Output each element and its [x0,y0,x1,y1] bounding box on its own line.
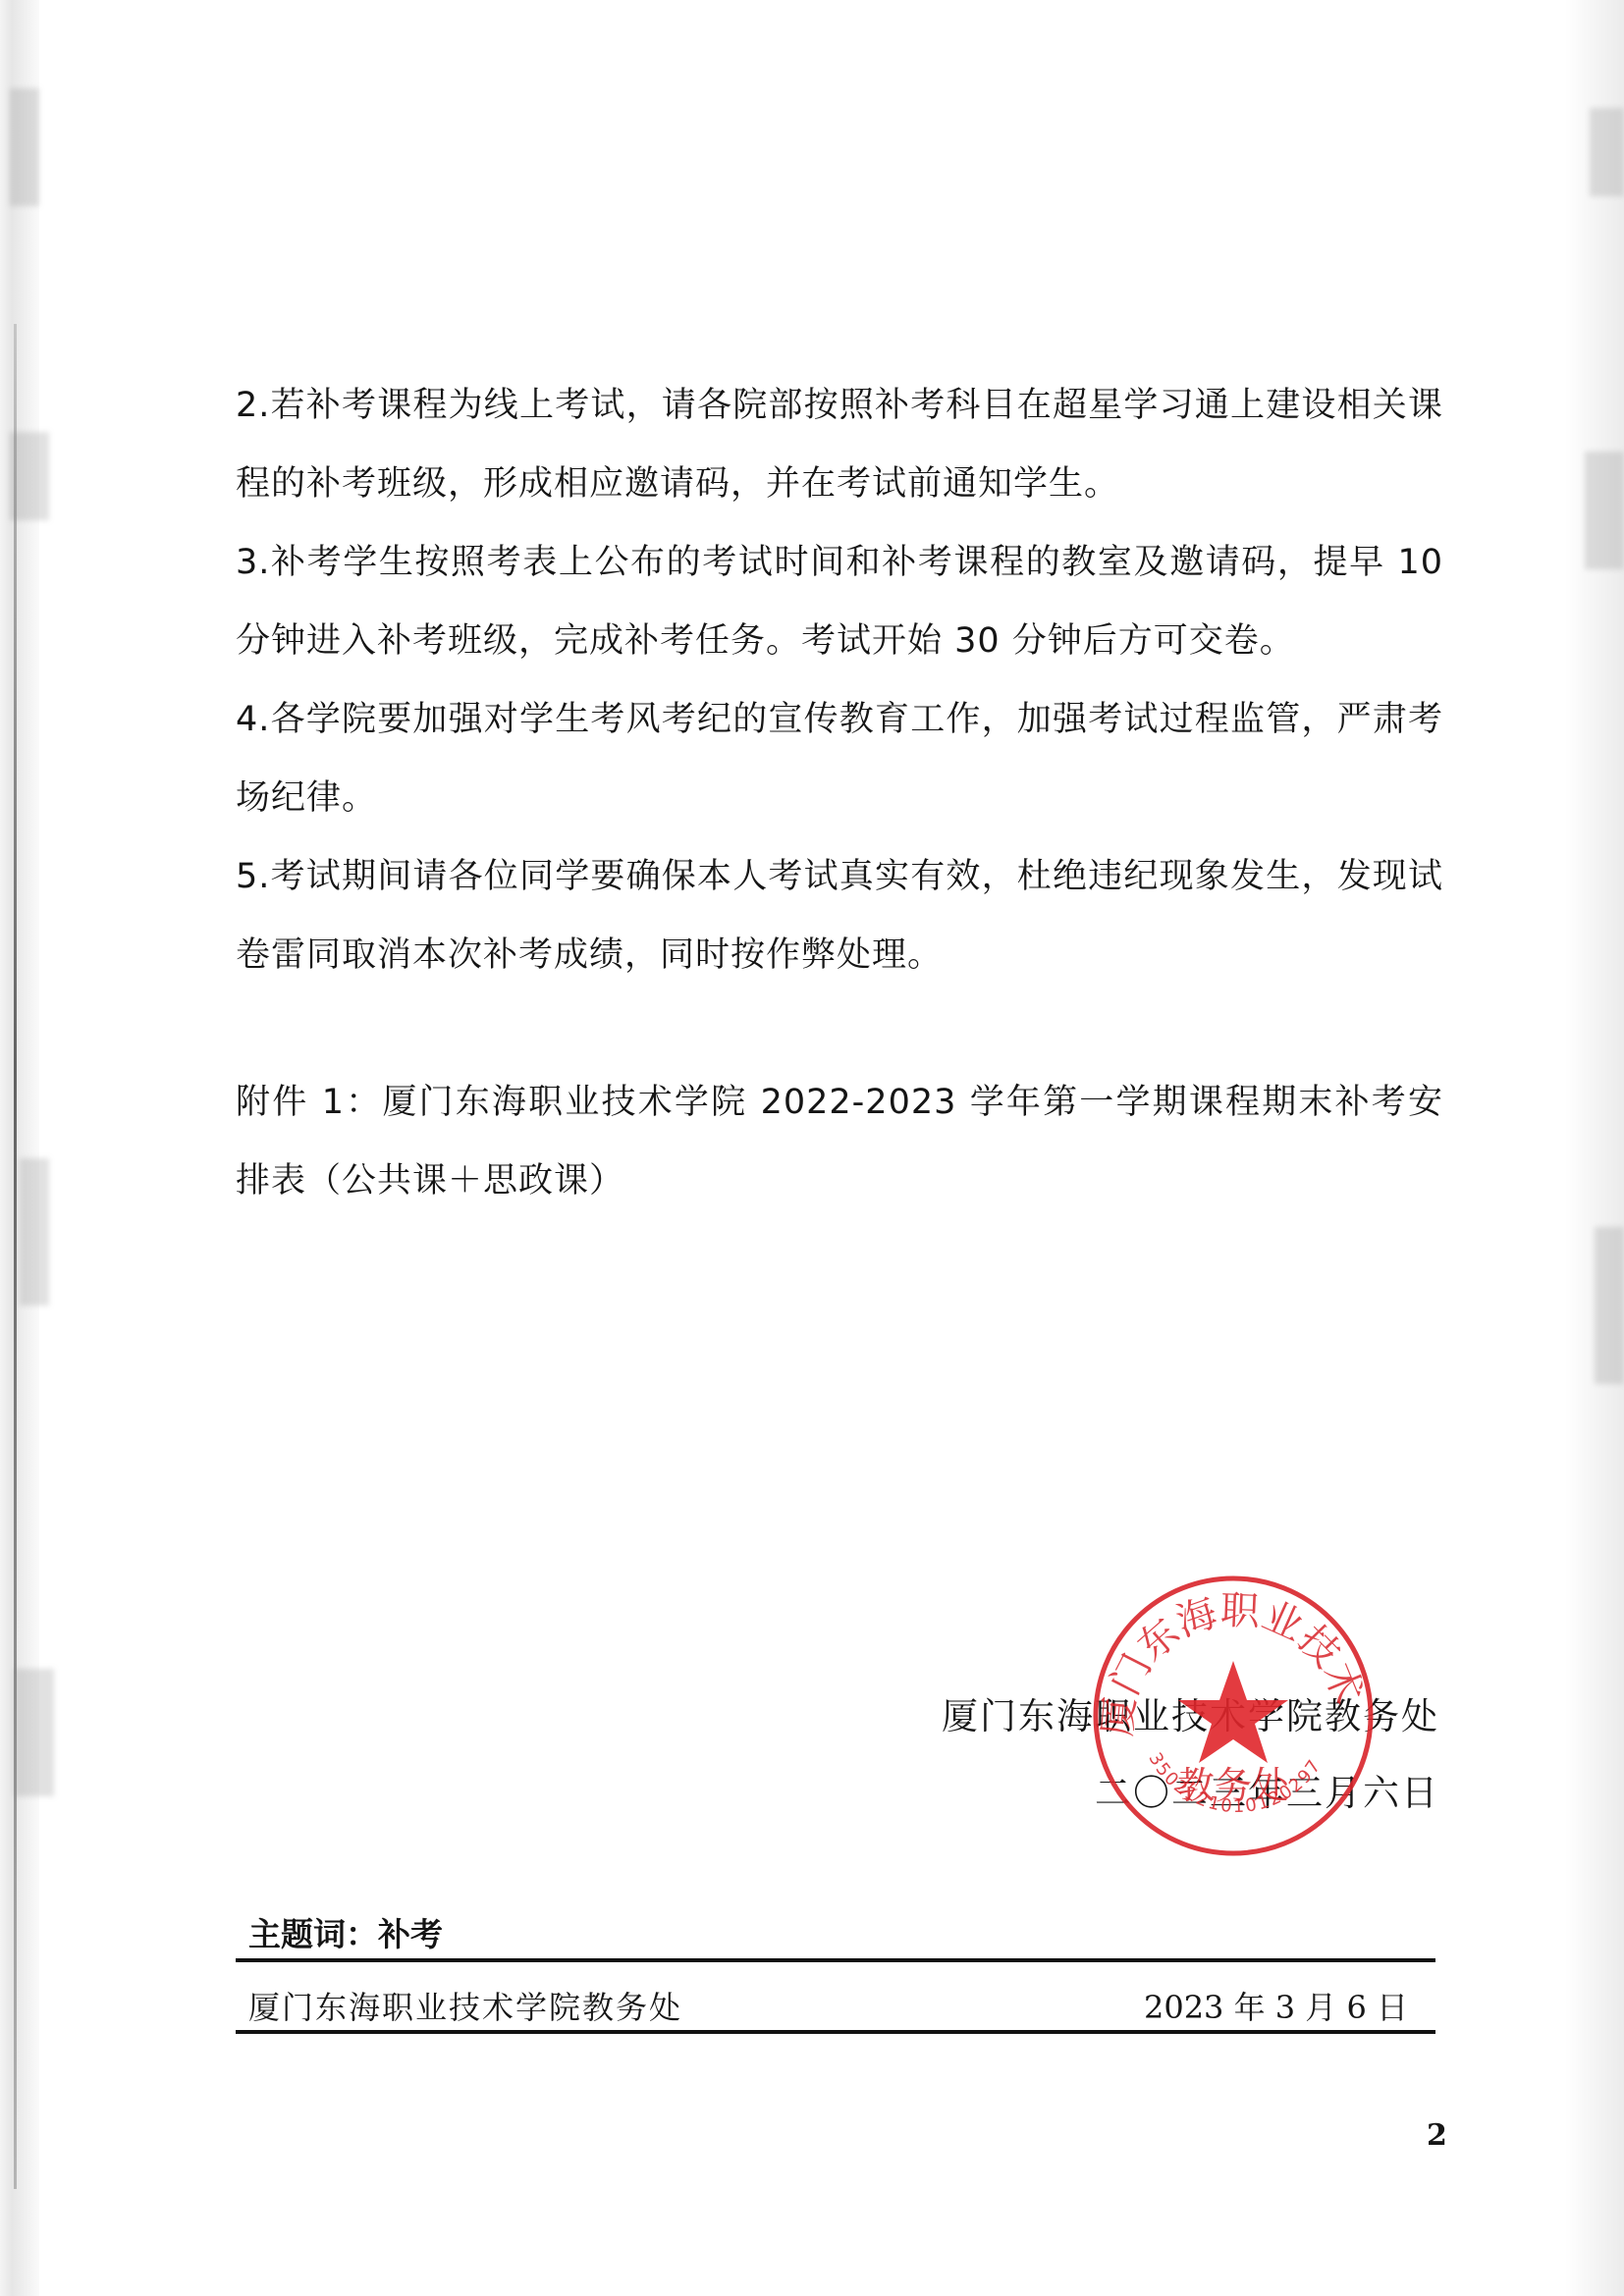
attachment-text: 附件 1：厦门东海职业技术学院 2022-2023 学年第一学期课程期末补考安排… [236,1063,1443,1220]
footer-rule-top [236,1958,1435,1962]
star-icon [1178,1661,1288,1763]
keyword-label: 主题词：补考 [248,1909,443,1955]
item-text: 考试期间请各位同学要确保本人考试真实有效，杜绝违纪现象发生，发现试卷雷同取消本次… [236,857,1443,975]
item-2: 2.若补考课程为线上考试，请各院部按照补考科目在超星学习通上建设相关课程的补考班… [236,366,1443,523]
item-5: 5.考试期间请各位同学要确保本人考试真实有效，杜绝违纪现象发生，发现试卷雷同取消… [236,837,1443,994]
page-number: 2 [1427,2118,1447,2153]
scan-edge-right [1565,0,1624,2296]
item-text: 补考学生按照考表上公布的考试时间和补考课程的教室及邀请码，提早 10 分钟进入补… [236,543,1443,661]
scan-smudge [1590,108,1624,196]
item-number: 2. [236,386,270,425]
attachment-note: 附件 1：厦门东海职业技术学院 2022-2023 学年第一学期课程期末补考安排… [236,1063,1443,1220]
item-number: 5. [236,857,270,896]
item-4: 4.各学院要加强对学生考风考纪的宣传教育工作，加强考试过程监管，严肃考场纪律。 [236,680,1443,837]
scan-smudge [1585,452,1624,569]
seal-icon: 厦门东海职业技术学院 教务处 3502121010120297 [1088,1571,1379,1861]
item-number: 3. [236,543,270,582]
scan-edge-line [14,324,17,2189]
footer-issuer: 厦门东海职业技术学院教务处 [248,1983,682,2028]
scan-smudge [1595,1227,1624,1384]
item-text: 各学院要加强对学生考风考纪的宣传教育工作，加强考试过程监管，严肃考场纪律。 [236,700,1443,818]
footer-rule-bottom [236,2030,1435,2034]
scan-smudge [20,1158,49,1306]
scan-smudge [10,432,49,520]
item-text: 若补考课程为线上考试，请各院部按照补考科目在超星学习通上建设相关课程的补考班级，… [236,386,1443,504]
scan-edge-left [0,0,39,2296]
footer-date: 2023 年 3 月 6 日 [1144,1983,1408,2028]
scan-smudge [10,88,39,206]
scan-smudge [15,1669,54,1796]
item-3: 3.补考学生按照考表上公布的考试时间和补考课程的教室及邀请码，提早 10 分钟进… [236,523,1443,680]
item-number: 4. [236,700,270,739]
official-seal: 厦门东海职业技术学院 教务处 3502121010120297 [1088,1571,1379,1861]
